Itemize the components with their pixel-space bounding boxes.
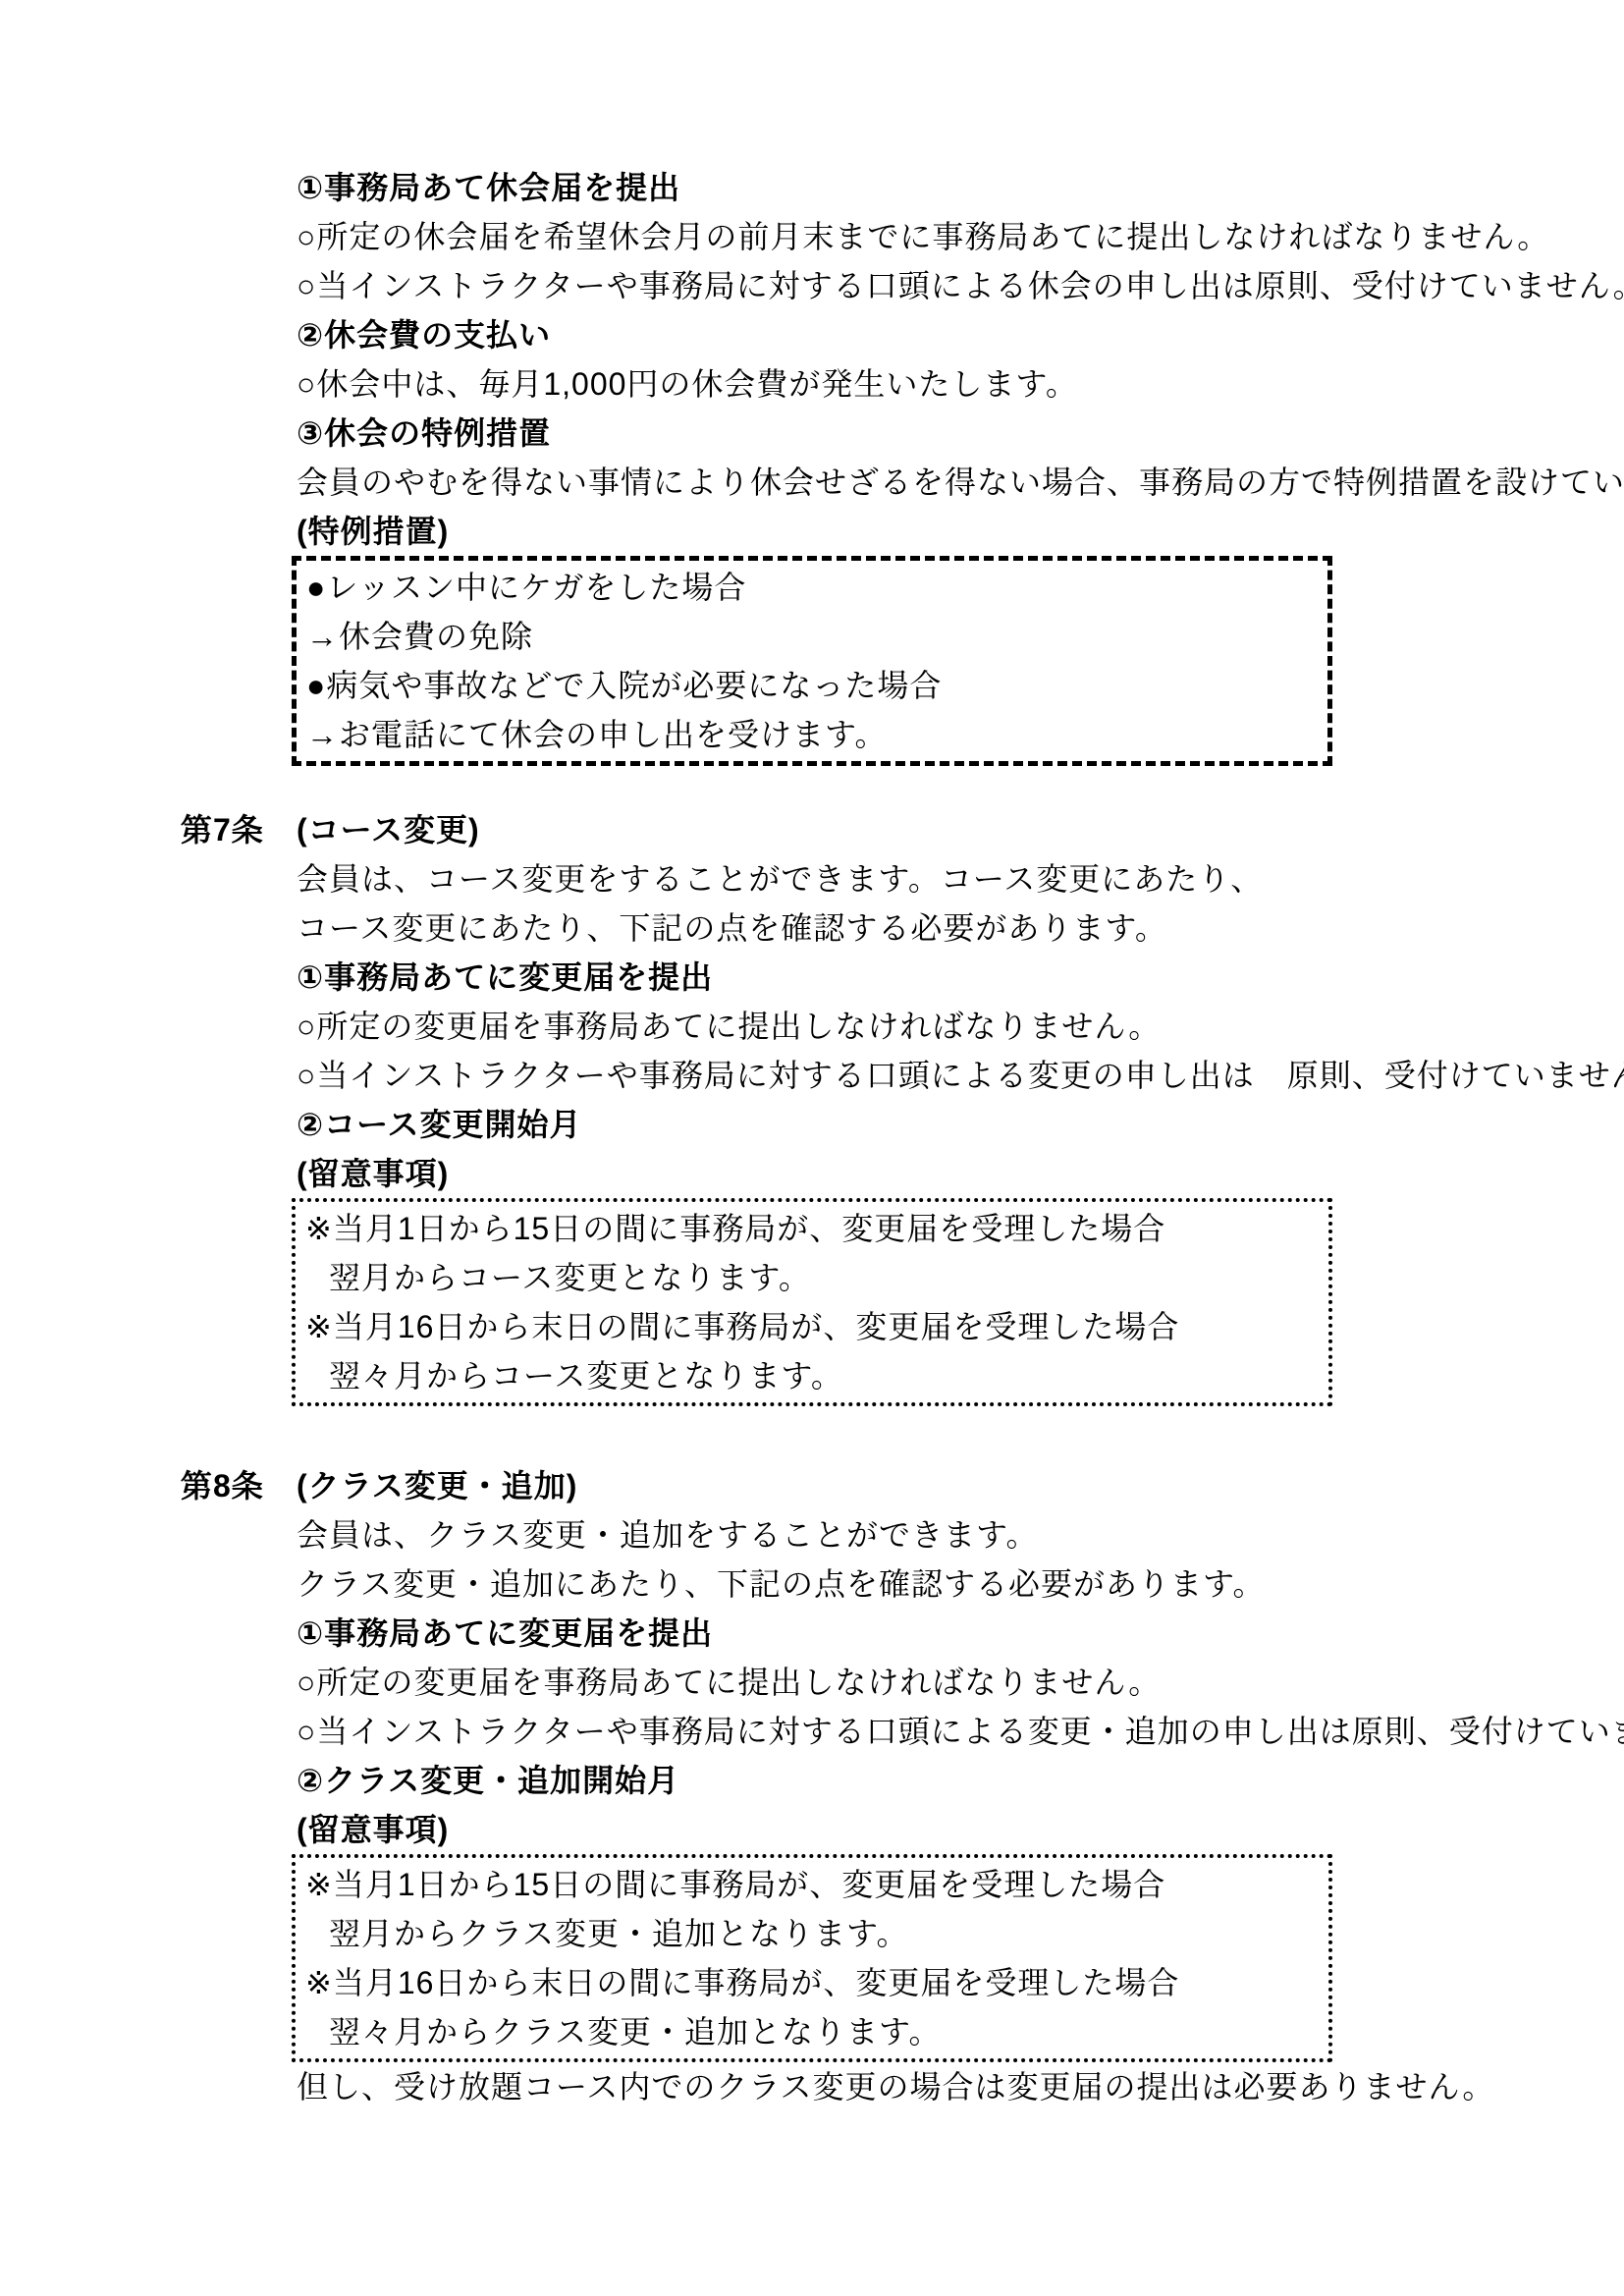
article8-item-submit-1: ○所定の変更届を事務局あてに提出しなければなりません。	[297, 1658, 1624, 1707]
article8-notes-label: (留意事項)	[297, 1805, 1624, 1854]
item-suspension-fee-1: ○休会中は、毎月1,000円の休会費が発生いたします。	[297, 359, 1624, 409]
document-page: { "colors": { "background": "#ffffff", "…	[0, 0, 1624, 2296]
heading-special-measures: ③休会の特例措置	[297, 409, 1624, 458]
heading-submit-suspension-form: ①事務局あて休会届を提出	[297, 163, 1624, 212]
article8-heading-submit: ①事務局あてに変更届を提出	[297, 1609, 1624, 1658]
article8-item-submit-2: ○当インストラクターや事務局に対する口頭による変更・追加の申し出は原則、受付けて…	[297, 1707, 1624, 1756]
article7-heading-row: 第7条 (コース変更)	[181, 805, 1624, 854]
article7-item-submit-2: ○当インストラクターや事務局に対する口頭による変更の申し出は 原則、受付けていま…	[297, 1051, 1624, 1100]
article8-closing-note: 但し、受け放題コース内でのクラス変更の場合は変更届の提出は必要ありません。	[297, 2062, 1624, 2111]
spacer-before-article8	[0, 1406, 1624, 1461]
article8-note-result-2: 翌々月からクラス変更・追加となります。	[305, 2007, 1319, 2056]
intro-special-measures: 会員のやむを得ない事情により休会せざるを得ない場合、事務局の方で特例措置を設けて…	[297, 458, 1624, 507]
article8-intro-2: クラス変更・追加にあたり、下記の点を確認する必要があります。	[297, 1559, 1624, 1609]
item-suspension-submit-2: ○当インストラクターや事務局に対する口頭による休会の申し出は原則、受付けていませ…	[297, 261, 1624, 310]
article8-number: 第8条	[181, 1461, 297, 1510]
article7-note-result-1: 翌月からコース変更となります。	[305, 1253, 1319, 1302]
section-suspension: ①事務局あて休会届を提出 ○所定の休会届を希望休会月の前月末までに事務局あてに提…	[0, 163, 1624, 766]
article7-number: 第7条	[181, 805, 297, 854]
document-body: ①事務局あて休会届を提出 ○所定の休会届を希望休会月の前月末までに事務局あてに提…	[0, 0, 1624, 2111]
article7-intro-1: 会員は、コース変更をすることができます。コース変更にあたり、	[297, 854, 1624, 903]
article7-notes-box: ※当月1日から15日の間に事務局が、変更届を受理した場合 翌月からコース変更とな…	[292, 1198, 1332, 1406]
article7-note-case-2: ※当月16日から末日の間に事務局が、変更届を受理した場合	[305, 1302, 1319, 1351]
article8-heading-row: 第8条 (クラス変更・追加)	[181, 1461, 1624, 1510]
article8-note-result-1: 翌月からクラス変更・追加となります。	[305, 1909, 1319, 1958]
special-measures-box: ●レッスン中にケガをした場合 →休会費の免除 ●病気や事故などで入院が必要になっ…	[292, 556, 1332, 766]
item-suspension-submit-1: ○所定の休会届を希望休会月の前月末までに事務局あてに提出しなければなりません。	[297, 212, 1624, 261]
section-article7: 第7条 (コース変更) 会員は、コース変更をすることができます。コース変更にあた…	[0, 805, 1624, 1406]
article7-heading-start-month: ②コース変更開始月	[297, 1100, 1624, 1149]
article8-title: (クラス変更・追加)	[297, 1461, 577, 1510]
article8-note-case-1: ※当月1日から15日の間に事務局が、変更届を受理した場合	[305, 1860, 1319, 1909]
article7-note-case-1: ※当月1日から15日の間に事務局が、変更届を受理した場合	[305, 1204, 1319, 1253]
special-case-2: ●病気や事故などで入院が必要になった場合	[306, 661, 1318, 710]
heading-suspension-fee: ②休会費の支払い	[297, 310, 1624, 359]
special-case-1: ●レッスン中にケガをした場合	[306, 563, 1318, 612]
article7-heading-submit: ①事務局あてに変更届を提出	[297, 953, 1624, 1002]
article8-intro-1: 会員は、クラス変更・追加をすることができます。	[297, 1510, 1624, 1559]
section-article8: 第8条 (クラス変更・追加) 会員は、クラス変更・追加をすることができます。 ク…	[0, 1461, 1624, 2111]
article8-note-case-2: ※当月16日から末日の間に事務局が、変更届を受理した場合	[305, 1958, 1319, 2007]
special-result-2: →お電話にて休会の申し出を受けます。	[306, 710, 1318, 759]
article7-note-result-2: 翌々月からコース変更となります。	[305, 1351, 1319, 1400]
article8-heading-start-month: ②クラス変更・追加開始月	[297, 1756, 1624, 1805]
article7-title: (コース変更)	[297, 805, 480, 854]
spacer-before-article7	[0, 766, 1624, 805]
article7-item-submit-1: ○所定の変更届を事務局あてに提出しなければなりません。	[297, 1002, 1624, 1051]
article8-notes-box: ※当月1日から15日の間に事務局が、変更届を受理した場合 翌月からクラス変更・追…	[292, 1854, 1332, 2062]
label-special-measures-box: (特例措置)	[297, 507, 1624, 556]
article7-intro-2: コース変更にあたり、下記の点を確認する必要があります。	[297, 903, 1624, 953]
special-result-1: →休会費の免除	[306, 612, 1318, 661]
article7-notes-label: (留意事項)	[297, 1149, 1624, 1198]
